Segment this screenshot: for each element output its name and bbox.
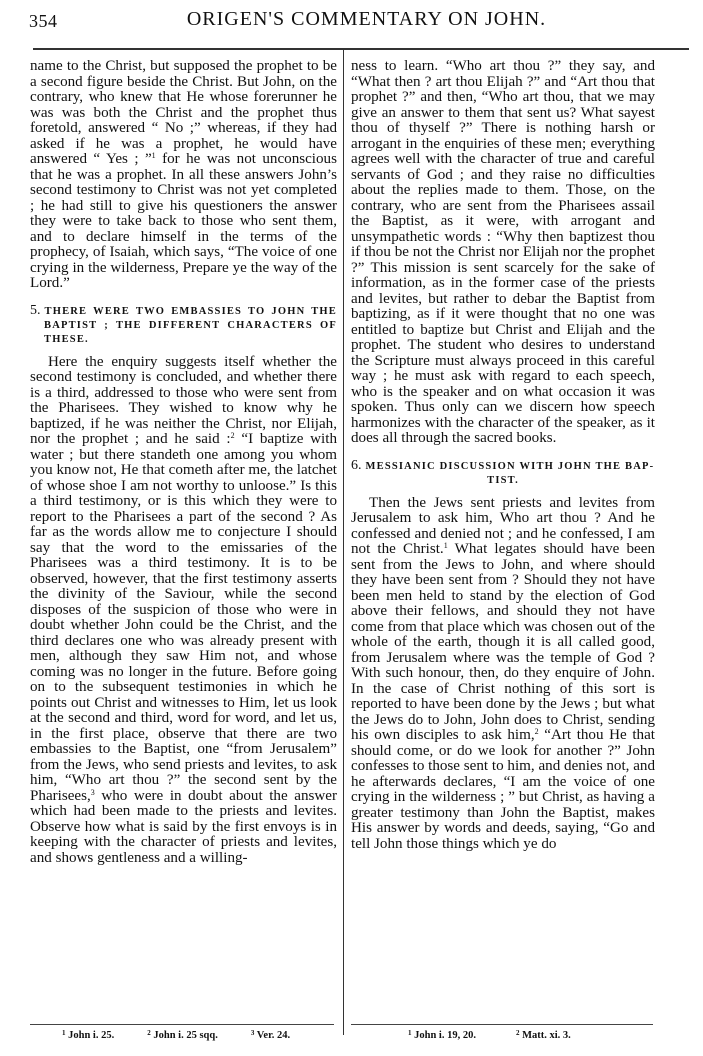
footnote: 2 Matt. xi. 3. <box>516 1030 571 1041</box>
section-title: There were two embassies to John the Bap… <box>44 306 337 345</box>
header-rule <box>33 48 689 50</box>
footnote-rule-right <box>351 1024 653 1025</box>
footnote: 1 John i. 19, 20. <box>408 1030 476 1041</box>
paragraph: Then the Jews sent priests and levites f… <box>351 496 655 853</box>
footnotes-right: 1 John i. 19, 20. 2 Matt. xi. 3. <box>408 1030 571 1041</box>
footnote: 1 John i. 25. <box>62 1030 114 1041</box>
footnotes-left: 1 John i. 25. 2 John i. 25 sqq. 3 Ver. 2… <box>62 1030 290 1041</box>
section-number: 6. <box>351 458 362 473</box>
footnote-rule-left <box>30 1024 334 1025</box>
footnote: 2 John i. 25 sqq. <box>147 1030 218 1041</box>
right-column: ness to learn. “Who art thou ?” they say… <box>351 59 655 852</box>
section-title-tail: tist. <box>351 474 655 488</box>
running-title: ORIGEN'S COMMENTARY ON JOHN. <box>0 8 703 31</box>
section-heading-5: 5.There were two embassies to John the B… <box>30 304 337 347</box>
left-column: name to the Christ, but supposed the pro… <box>30 59 337 866</box>
footnote: 3 Ver. 24. <box>251 1030 290 1041</box>
section-title: Messianic discussion with John the Bap- <box>366 461 655 472</box>
section-heading-6: 6.Messianic discussion with John the Bap… <box>351 459 655 488</box>
paragraph: name to the Christ, but supposed the pro… <box>30 59 337 292</box>
column-divider <box>343 50 344 1035</box>
section-number: 5. <box>30 303 41 318</box>
paragraph: ness to learn. “Who art thou ?” they say… <box>351 59 655 447</box>
paragraph: Here the enquiry suggests itself whether… <box>30 355 337 867</box>
